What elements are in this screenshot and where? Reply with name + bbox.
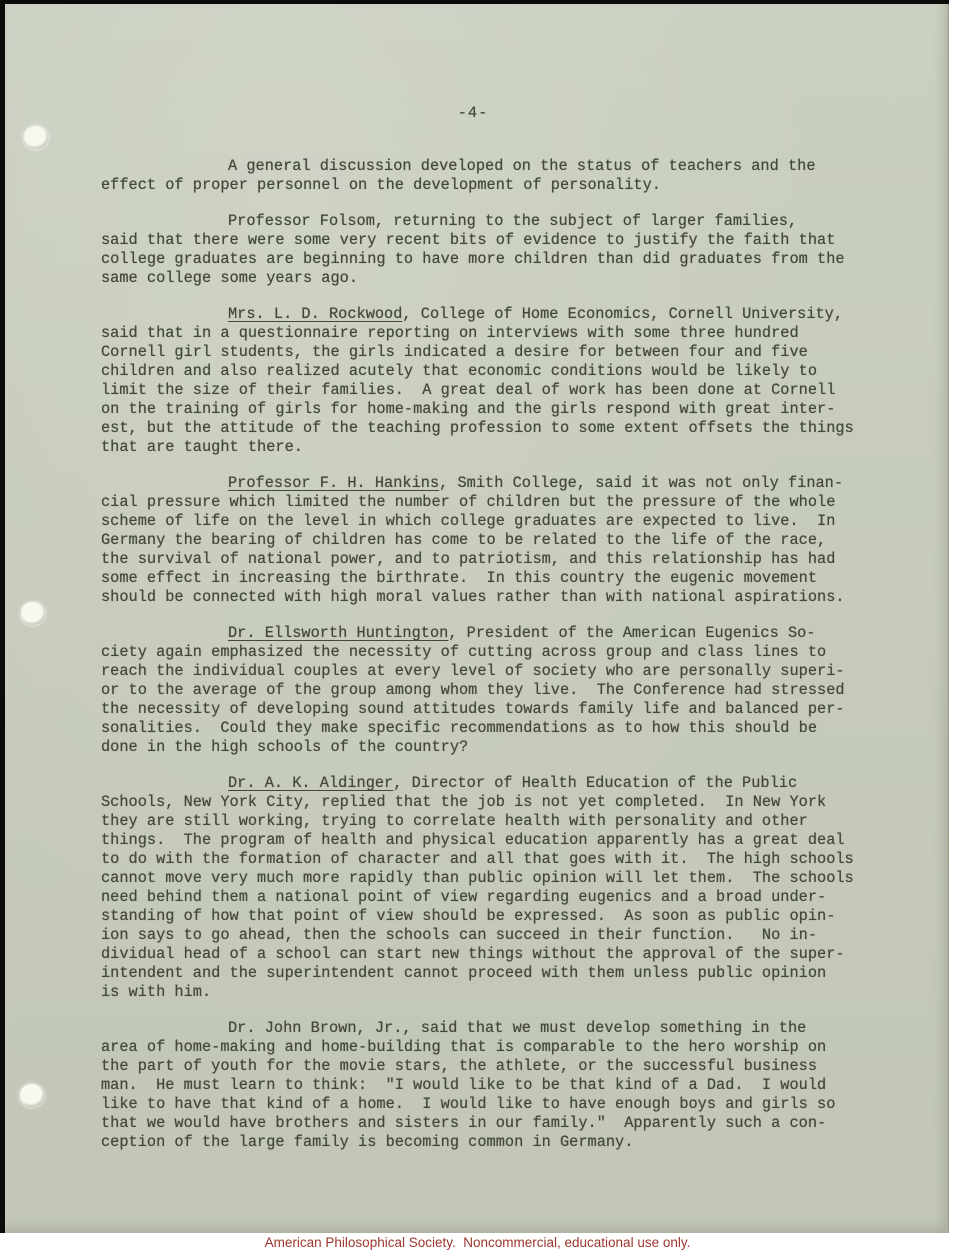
- underlined-speaker-name: Dr. Ellsworth Huntington: [228, 624, 448, 642]
- paragraph: Dr. A. K. Aldinger, Director of Health E…: [101, 774, 883, 1002]
- underlined-speaker-name: Mrs. L. D. Rockwood: [228, 305, 402, 323]
- document-body: A general discussion developed on the st…: [101, 157, 883, 1169]
- document-page: -4- A general discussion developed on th…: [5, 4, 949, 1234]
- page-number: -4-: [88, 104, 858, 122]
- punch-hole-middle: [21, 602, 45, 625]
- paragraph: Dr. Ellsworth Huntington, President of t…: [101, 624, 883, 757]
- underlined-speaker-name: Professor F. H. Hankins: [228, 474, 439, 492]
- scanned-document-view: -4- A general discussion developed on th…: [0, 0, 955, 1253]
- paragraph: Professor F. H. Hankins, Smith College, …: [101, 474, 883, 607]
- underlined-speaker-name: Dr. A. K. Aldinger: [228, 774, 393, 792]
- paragraph: Dr. John Brown, Jr., said that we must d…: [101, 1019, 883, 1152]
- paragraph: Mrs. L. D. Rockwood, College of Home Eco…: [101, 305, 883, 457]
- paragraph: A general discussion developed on the st…: [101, 157, 883, 195]
- punch-hole-top: [24, 126, 48, 149]
- footer-strip: American Philosophical Society. Noncomme…: [0, 1233, 955, 1253]
- punch-hole-bottom: [20, 1084, 44, 1107]
- paragraph: Professor Folsom, returning to the subje…: [101, 212, 883, 288]
- copyright-notice: American Philosophical Society. Noncomme…: [265, 1235, 691, 1250]
